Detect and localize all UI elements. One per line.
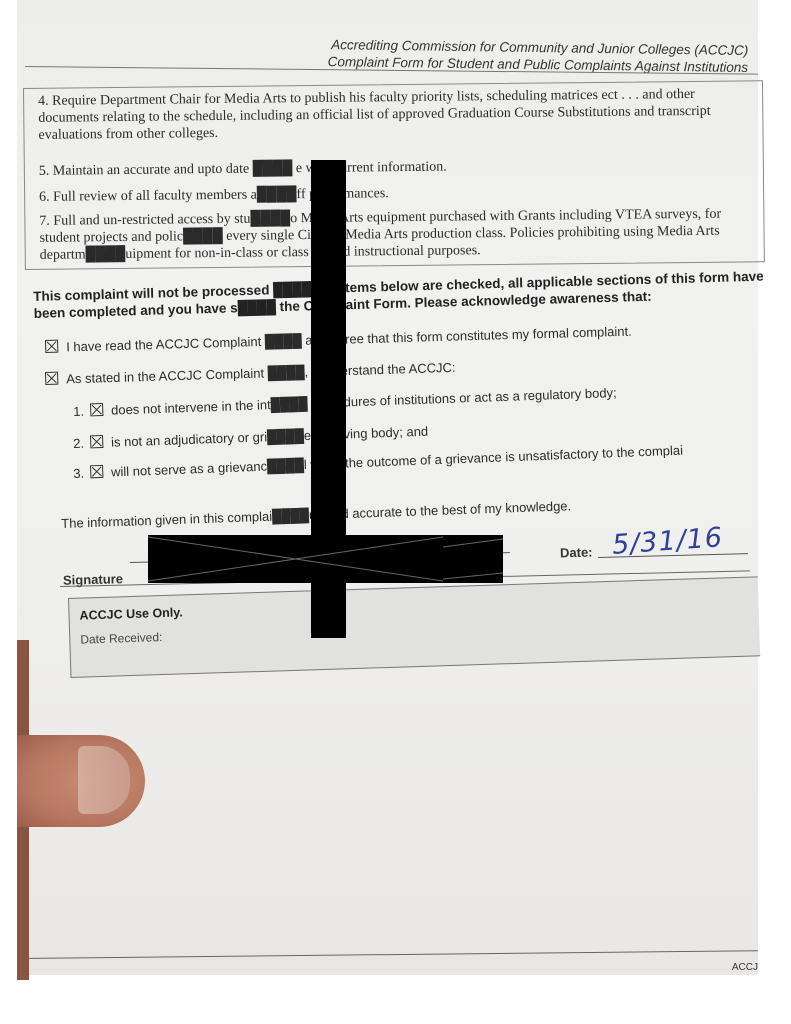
remedy-item-7: 7. Full and un-restricted access by stu█… (39, 206, 739, 264)
office-use-title: ACCJC Use Only. (79, 605, 183, 622)
redaction-cross-lines (148, 535, 503, 583)
checkbox-checked-icon[interactable] (90, 435, 103, 448)
requested-remedies-box: 4. Require Department Chair for Media Ar… (23, 80, 765, 270)
thumbnail (78, 746, 130, 814)
checkbox-checked-icon[interactable] (90, 403, 103, 416)
checkbox-checked-icon[interactable] (90, 465, 103, 478)
date-label: Date: (560, 545, 593, 561)
checkbox-checked-icon[interactable] (45, 372, 58, 385)
remedy-item-4: 4. Require Department Chair for Media Ar… (38, 85, 748, 143)
remedy-item-5: 5. Maintain an accurate and upto date ██… (39, 159, 447, 180)
date-received-label: Date Received: (80, 630, 162, 647)
checkbox-checked-icon[interactable] (45, 340, 58, 353)
